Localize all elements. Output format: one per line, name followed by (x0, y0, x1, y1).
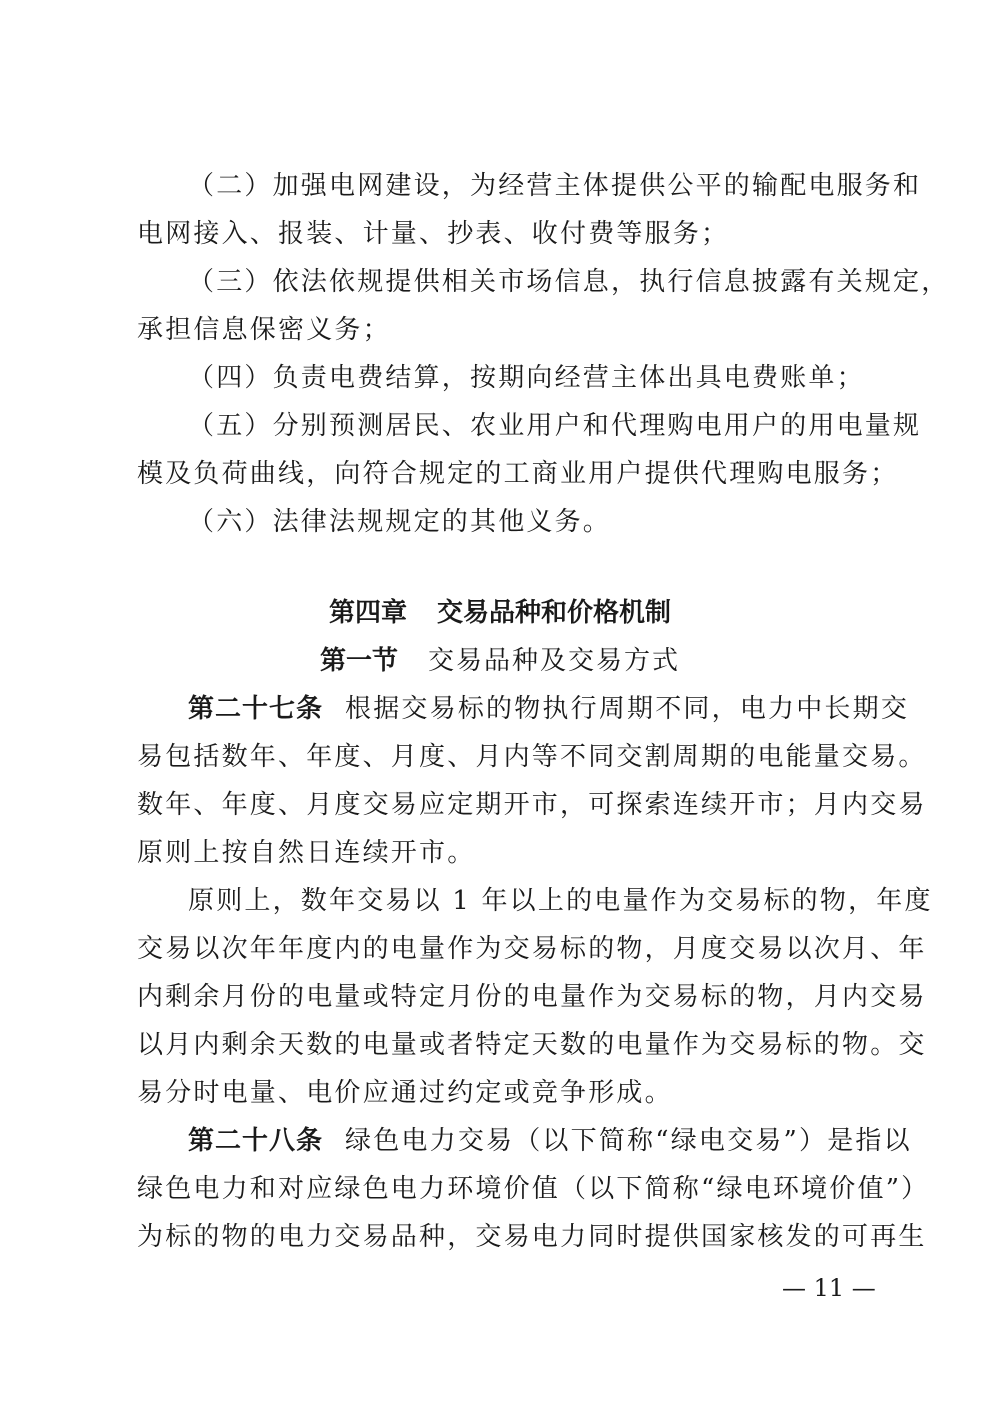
article-27-text: 根据交易标的物执行周期不同，电力中长期交 (345, 694, 909, 724)
article-27-line-1: 第二十七条根据交易标的物执行周期不同，电力中长期交 (188, 693, 928, 725)
list-item-5-line-2: 模及负荷曲线，向符合规定的工商业用户提供代理购电服务； (137, 458, 877, 490)
section-title: 交易品种及交易方式 (428, 646, 680, 676)
chapter-heading: 第四章交易品种和价格机制 (0, 597, 1000, 629)
principle-line-2: 交易以次年年度内的电量作为交易标的物，月度交易以次月、年 (137, 933, 877, 965)
chapter-title: 交易品种和价格机制 (437, 598, 671, 628)
principle-line-1: 原则上，数年交易以 1 年以上的电量作为交易标的物，年度 (188, 885, 928, 917)
list-item-5-line-1: （五）分别预测居民、农业用户和代理购电用户的用电量规 (188, 410, 928, 442)
chapter-label: 第四章 (329, 598, 407, 628)
article-27-line-4: 原则上按自然日连续开市。 (137, 837, 877, 869)
principle-line-3: 内剩余月份的电量或特定月份的电量作为交易标的物，月内交易 (137, 981, 877, 1013)
principle-line-4: 以月内剩余天数的电量或者特定天数的电量作为交易标的物。交 (137, 1029, 877, 1061)
list-item-3-line-2: 承担信息保密义务； (137, 314, 877, 346)
principle-line-5: 易分时电量、电价应通过约定或竞争形成。 (137, 1077, 877, 1109)
list-item-6-line-1: （六）法律法规规定的其他义务。 (188, 506, 928, 538)
article-28-line-2: 绿色电力和对应绿色电力环境价值（以下简称“绿电环境价值”） (137, 1173, 877, 1205)
page-number: — 11 — (782, 1274, 876, 1302)
list-item-2-line-2: 电网接入、报装、计量、抄表、收付费等服务； (137, 218, 877, 250)
article-27-line-2: 易包括数年、年度、月度、月内等不同交割周期的电能量交易。 (137, 741, 877, 773)
article-28-label: 第二十八条 (188, 1126, 323, 1156)
list-item-2-line-1: （二）加强电网建设，为经营主体提供公平的输配电服务和 (188, 170, 928, 202)
article-27-label: 第二十七条 (188, 694, 323, 724)
document-page: （二）加强电网建设，为经营主体提供公平的输配电服务和 电网接入、报装、计量、抄表… (0, 0, 1000, 1414)
article-28-line-1: 第二十八条绿色电力交易（以下简称“绿电交易”）是指以 (188, 1125, 928, 1157)
list-item-3-line-1: （三）依法依规提供相关市场信息，执行信息披露有关规定， (188, 266, 928, 298)
article-27-line-3: 数年、年度、月度交易应定期开市，可探索连续开市；月内交易 (137, 789, 877, 821)
section-label: 第一节 (320, 646, 398, 676)
article-28-text: 绿色电力交易（以下简称“绿电交易”）是指以 (345, 1126, 912, 1156)
section-heading: 第一节交易品种及交易方式 (0, 645, 1000, 677)
article-28-line-3: 为标的物的电力交易品种，交易电力同时提供国家核发的可再生 (137, 1221, 877, 1253)
list-item-4-line-1: （四）负责电费结算，按期向经营主体出具电费账单； (188, 362, 928, 394)
